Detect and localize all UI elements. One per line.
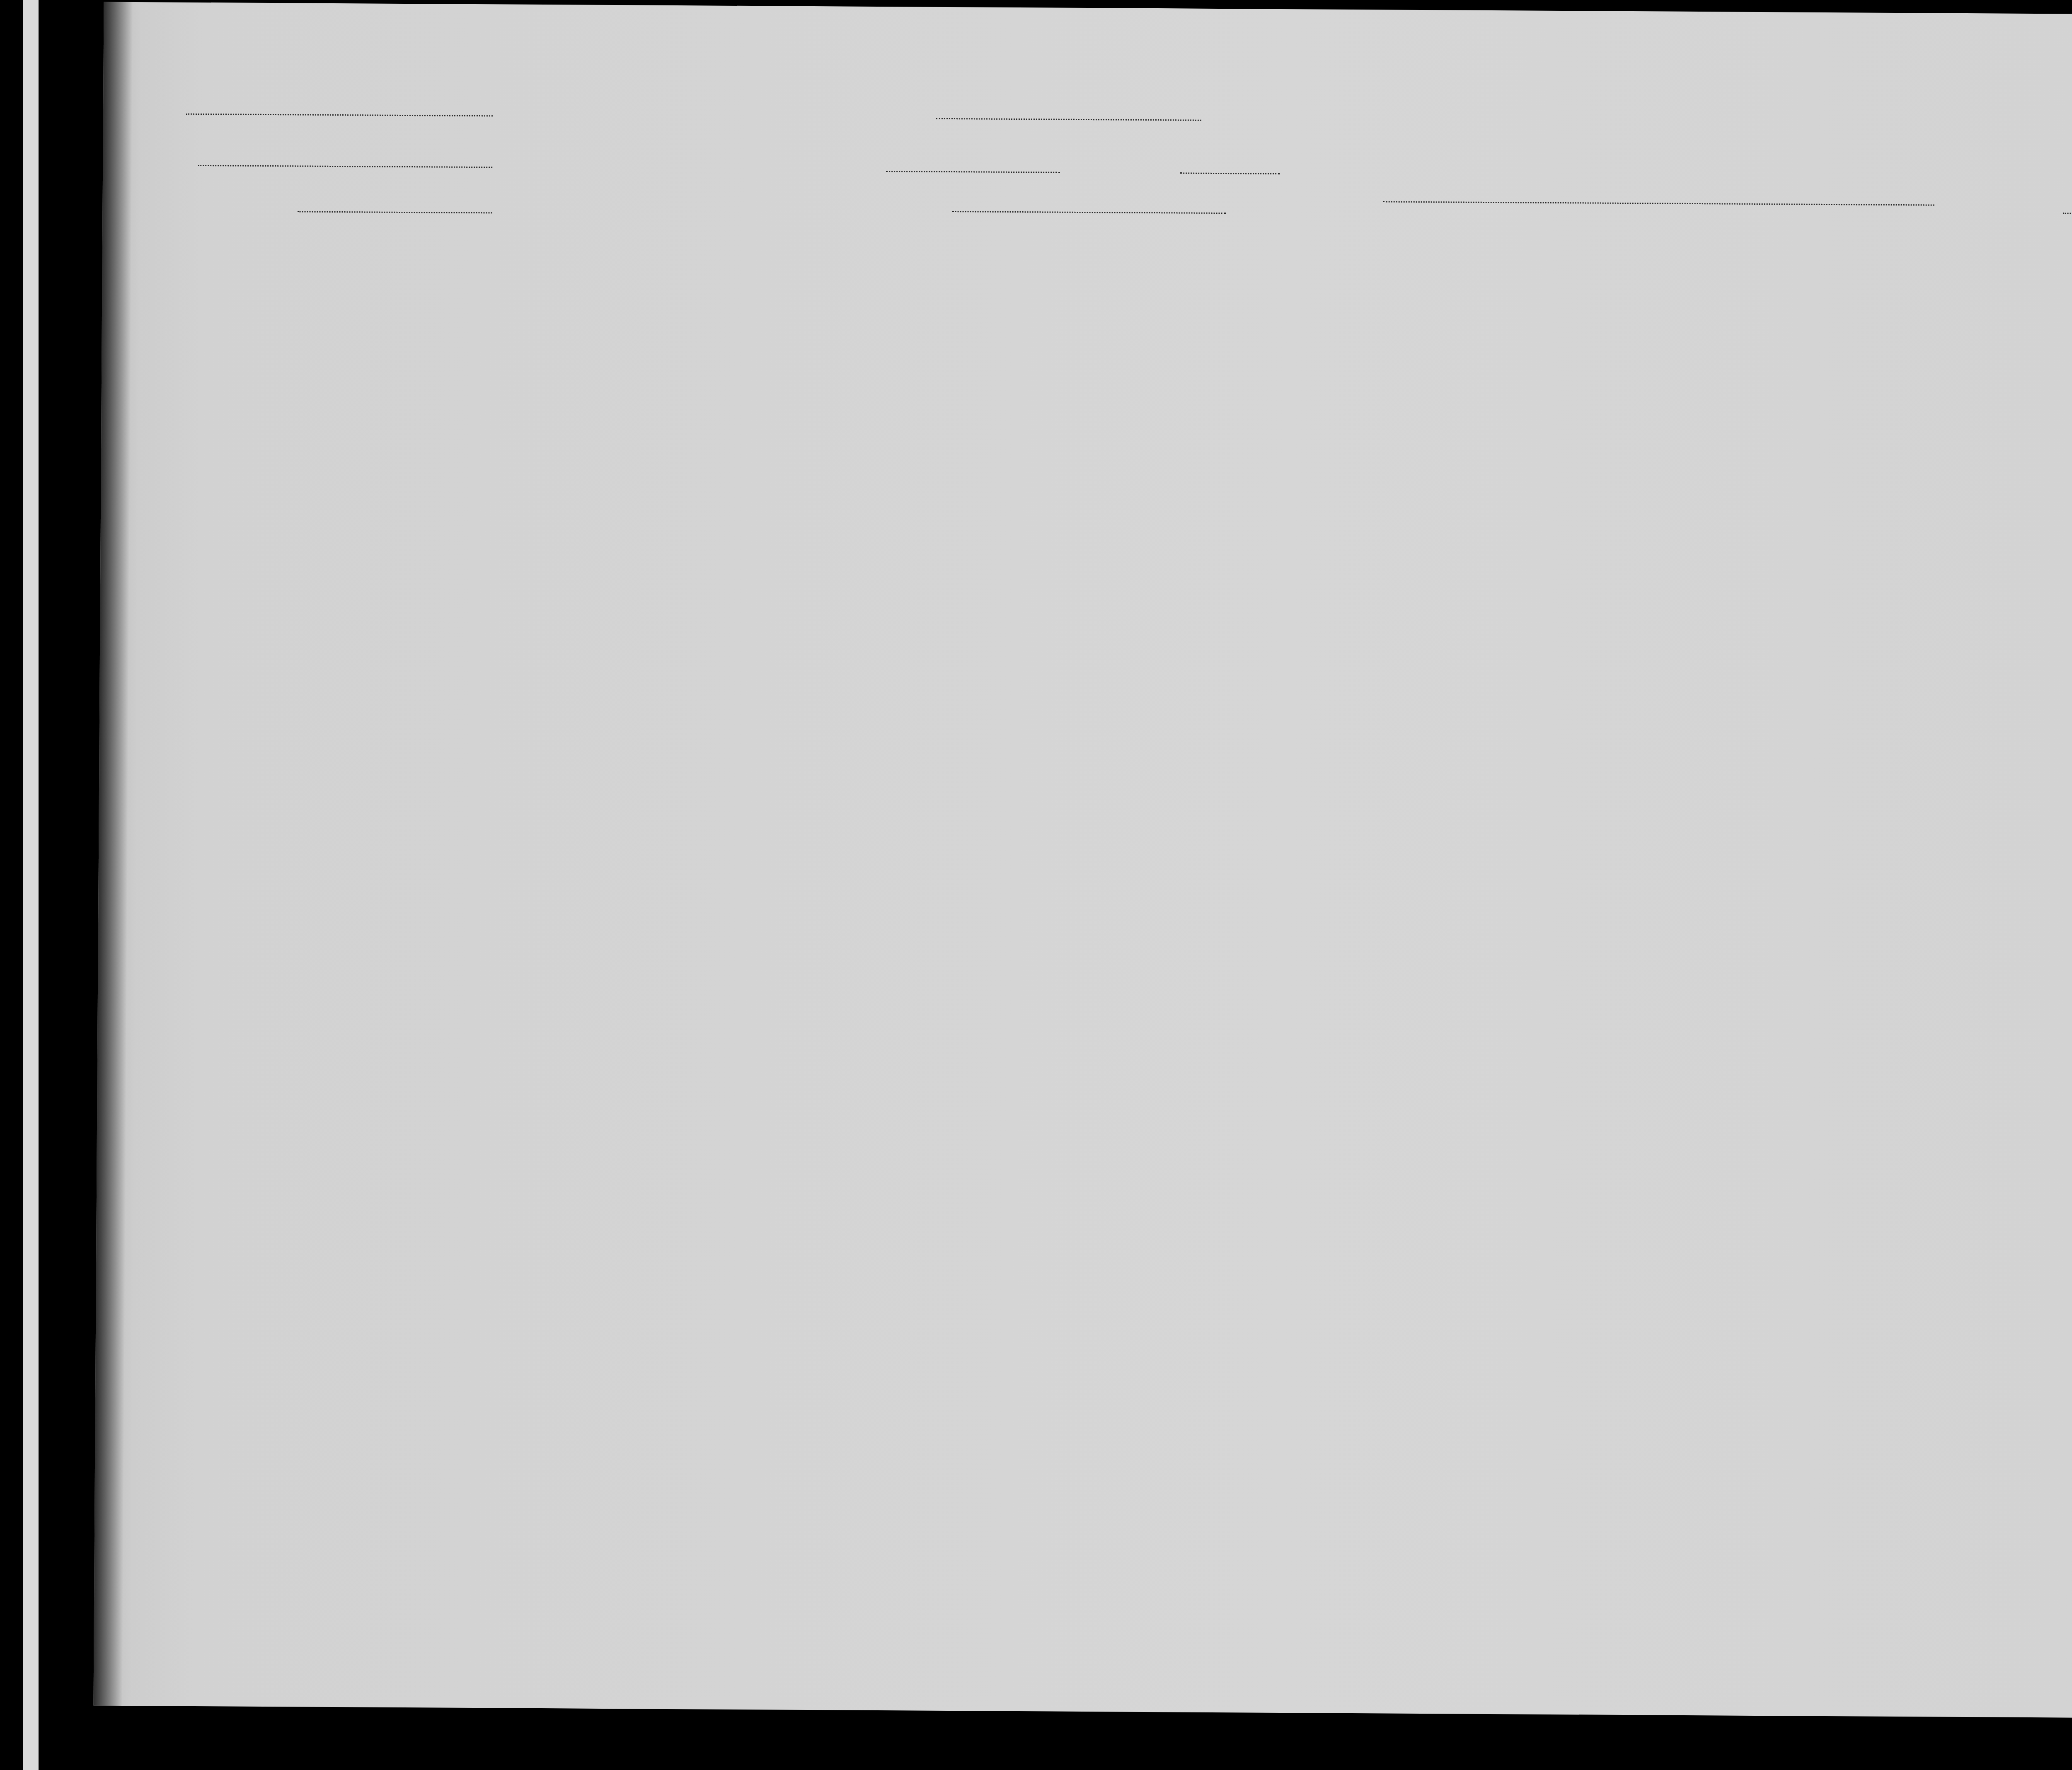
unincorporated-field <box>952 188 1226 214</box>
institution-note <box>1329 211 1951 215</box>
scanner-edge-strip <box>23 0 39 1770</box>
census-title <box>1015 65 1761 70</box>
township-note <box>148 214 521 216</box>
incorporated-note <box>915 124 1230 126</box>
block-field <box>1180 149 1280 174</box>
entries-required-left <box>2000 1651 2072 1653</box>
census-scan-page: { "form": { "form_no": "Form 15-6", "dep… <box>0 0 2072 1770</box>
ward-field <box>886 147 1060 173</box>
abbreviations-title <box>148 1643 326 1659</box>
census-sheet <box>93 2 2072 1720</box>
footnote-columns <box>104 2 2072 17</box>
department-line <box>1077 44 1699 48</box>
abbreviations-note <box>148 1681 326 1682</box>
unincorporated-note <box>865 219 1271 221</box>
enumeration-date-field <box>2063 183 2072 214</box>
township-field <box>298 185 492 213</box>
incorporated-field <box>936 88 1201 121</box>
institution-field <box>1383 159 1935 206</box>
state-field <box>186 85 493 117</box>
population-schedule-grid <box>138 228 2072 1632</box>
township-label <box>146 188 152 215</box>
county-field <box>198 136 492 168</box>
entries-required-title <box>1755 1669 1987 1687</box>
